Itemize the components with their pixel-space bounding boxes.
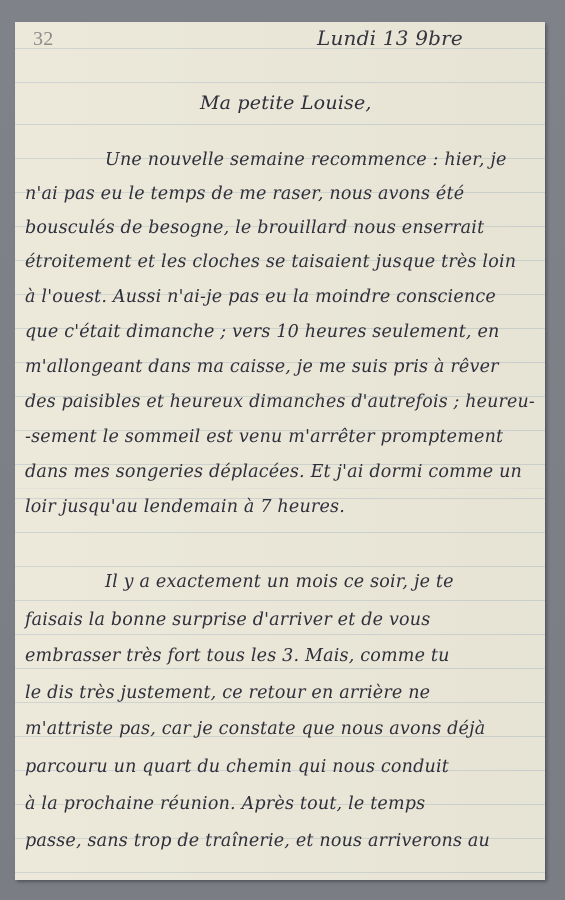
letter-page: 32 Lundi 13 9bre Ma petite Louise, Une n…	[15, 22, 545, 880]
letter-line: à la prochaine réunion. Après tout, le t…	[25, 794, 425, 814]
letter-line: bousculés de besogne, le brouillard nous…	[25, 218, 484, 238]
letter-line: passe, sans trop de traînerie, et nous a…	[25, 831, 490, 851]
letter-line: parcouru un quart du chemin qui nous con…	[25, 757, 449, 777]
page-number: 32	[33, 28, 53, 51]
letter-line: embrasser très fort tous les 3. Mais, co…	[25, 646, 450, 666]
paper-fold-crease	[15, 488, 545, 490]
letter-date: Lundi 13 9bre	[317, 26, 463, 50]
letter-line: des paisibles et heureux dimanches d'aut…	[25, 392, 535, 412]
letter-line: que c'était dimanche ; vers 10 heures se…	[25, 322, 499, 342]
letter-line: faisais la bonne surprise d'arriver et d…	[25, 610, 430, 630]
letter-line: à l'ouest. Aussi n'ai-je pas eu la moind…	[25, 287, 496, 307]
letter-line: m'attriste pas, car je constate que nous…	[25, 719, 485, 739]
letter-line: -sement le sommeil est venu m'arrêter pr…	[25, 427, 503, 447]
letter-line: n'ai pas eu le temps de me raser, nous a…	[25, 184, 464, 204]
letter-line: le dis très justement, ce retour en arri…	[25, 683, 430, 703]
letter-line: m'allongeant dans ma caisse, je me suis …	[25, 357, 499, 377]
letter-line: Il y a exactement un mois ce soir, je te	[105, 572, 454, 592]
letter-line: dans mes songeries déplacées. Et j'ai do…	[25, 462, 522, 482]
letter-line: Une nouvelle semaine recommence : hier, …	[105, 150, 507, 170]
letter-line: loir jusqu'au lendemain à 7 heures.	[25, 497, 345, 517]
salutation: Ma petite Louise,	[200, 92, 372, 114]
letter-line: étroitement et les cloches se taisaient …	[25, 252, 516, 272]
